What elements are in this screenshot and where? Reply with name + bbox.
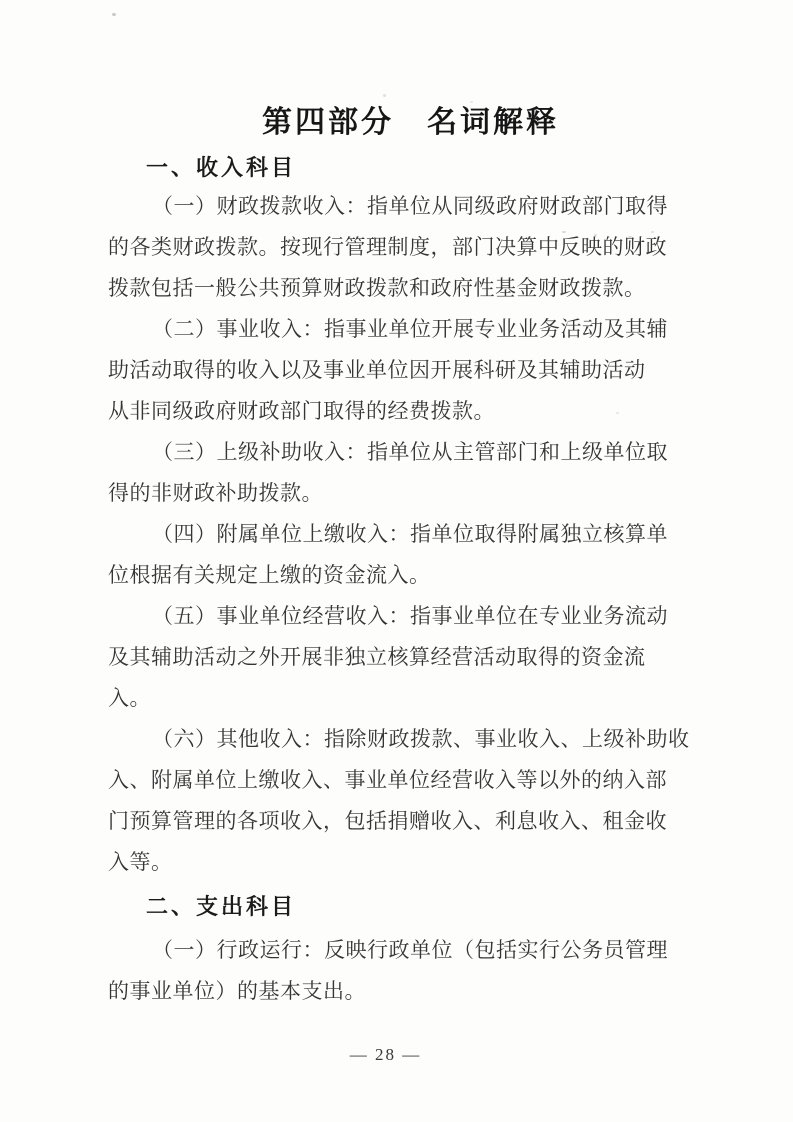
body-line: 门预算管理的各项收入，包括捐赠收入、利息收入、租金收 — [108, 801, 728, 842]
scan-speck — [383, 94, 386, 97]
scan-speck — [594, 234, 597, 236]
body-line: 拨款包括一般公共预算财政拨款和政府性基金财政拨款。 — [108, 268, 728, 309]
body-line: 位根据有关规定上缴的资金流入。 — [108, 555, 728, 596]
scan-speck — [112, 13, 116, 16]
body-line: （四）附属单位上缴收入：指单位取得附属独立核算单 — [108, 514, 728, 555]
body-line: （五）事业单位经营收入：指事业单位在专业业务流动 — [108, 596, 728, 637]
scanned-document-page: 第四部分 名词解释 一、收入科目 （一）财政拨款收入：指单位从同级政府财政部门取… — [0, 0, 793, 1122]
income-section-body: （一）财政拨款收入：指单位从同级政府财政部门取得 的各类财政拨款。按现行管理制度… — [108, 186, 728, 883]
body-line: （三）上级补助收入：指单位从主管部门和上级单位取 — [108, 432, 728, 473]
scan-speck — [628, 236, 632, 238]
section-heading-income: 一、收入科目 — [146, 147, 296, 188]
body-line: 的事业单位）的基本支出。 — [108, 971, 728, 1012]
scan-speck — [470, 101, 473, 103]
scan-speck — [616, 412, 619, 414]
body-line: 入。 — [108, 678, 728, 719]
document-title: 第四部分 名词解释 — [14, 101, 793, 145]
page-number: — 28 — — [0, 1040, 782, 1070]
expense-section-body: （一）行政运行：反映行政单位（包括实行公务员管理 的事业单位）的基本支出。 — [108, 930, 728, 1012]
body-line: 助活动取得的收入以及事业单位因开展科研及其辅助活动 — [108, 350, 728, 391]
body-line: （六）其他收入：指除财政拨款、事业收入、上级补助收 — [108, 719, 728, 760]
section-heading-expense: 二、支出科目 — [146, 886, 296, 927]
body-line: 从非同级政府财政部门取得的经费拨款。 — [108, 391, 728, 432]
body-line: 入、附属单位上缴收入、事业单位经营收入等以外的纳入部 — [108, 760, 728, 801]
scan-speck — [562, 231, 566, 233]
body-line: 及其辅助活动之外开展非独立核算经营活动取得的资金流 — [108, 637, 728, 678]
body-line: 的各类财政拨款。按现行管理制度，部门决算中反映的财政 — [108, 227, 728, 268]
scan-speck — [651, 231, 654, 233]
body-line: （一）财政拨款收入：指单位从同级政府财政部门取得 — [108, 186, 728, 227]
body-line: 得的非财政补助拨款。 — [108, 473, 728, 514]
body-line: （二）事业收入：指事业单位开展专业业务活动及其辅 — [108, 309, 728, 350]
body-line: 入等。 — [108, 842, 728, 883]
body-line: （一）行政运行：反映行政单位（包括实行公务员管理 — [108, 930, 728, 971]
